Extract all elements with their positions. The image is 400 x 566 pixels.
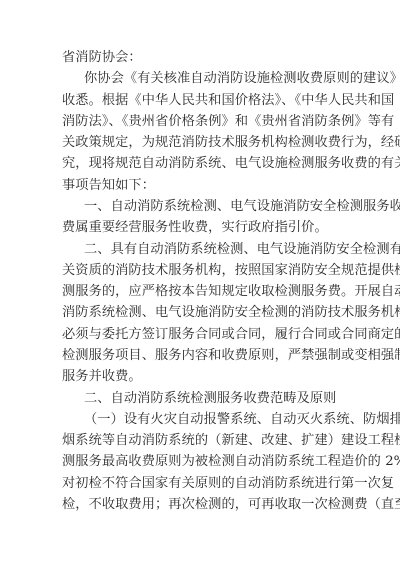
document-page: 省消防协会： 你协会《有关核准自动消防设施检测收费原则的建议》 收悉。根据《中华… bbox=[0, 0, 400, 566]
text-line: 消防系统检测、电气设施消防安全检测的消防技术服务机构， bbox=[62, 305, 342, 321]
section-2-heading: 二、具有自动消防系统检测、电气设施消防安全检测有 bbox=[84, 242, 342, 258]
text-line: 必须与委托方签订服务合同或合同，履行合同或合同商定的 bbox=[62, 327, 342, 343]
text-line: 烟系统等自动消防系统的（新建、改建、扩建）建设工程检 bbox=[62, 433, 342, 449]
text-line: 对初检不符合国家有关原则的自动消防系统进行第一次复 bbox=[62, 476, 342, 492]
salutation: 省消防协会： bbox=[62, 50, 342, 66]
section-3-heading: 二、自动消防系统检测服务收费范畴及原则 bbox=[84, 391, 342, 407]
text-line: 测服务的，应严格按本告知规定收取检测服务费。开展自动 bbox=[62, 284, 342, 300]
text-line: 你协会《有关核准自动消防设施检测收费原则的建议》 bbox=[84, 71, 342, 87]
text-line: 检测服务项目、服务内容和收费原则，严禁强制或变相强制 bbox=[62, 348, 342, 364]
text-line: 测服务最高收费原则为被检测自动消防系统工程造价的 2%； bbox=[62, 454, 342, 470]
text-line: 费属重要经营服务性收费，实行政府指引价。 bbox=[62, 220, 342, 236]
text-line: 事项告知如下： bbox=[62, 178, 342, 194]
text-line: 究，现将规范自动消防系统、电气设施检测服务收费的有关 bbox=[62, 156, 342, 172]
text-line: 检，不收取费用；再次检测的，可再收取一次检测费（直至 bbox=[62, 497, 342, 513]
subsection-1-heading: （一）设有火灾自动报警系统、自动灭火系统、防烟排 bbox=[84, 412, 342, 428]
section-1-heading: 一、自动消防系统检测、电气设施消防安全检测服务收 bbox=[84, 199, 342, 215]
text-line: 消防法》、《贵州省价格条例》和《贵州省消防条例》等有 bbox=[62, 114, 342, 130]
text-line: 关政策规定，为规范消防技术服务机构检测收费行为，经研 bbox=[62, 135, 342, 151]
text-line: 收悉。根据《中华人民共和国价格法》、《中华人民共和国 bbox=[62, 93, 342, 109]
text-line: 关资质的消防技术服务机构，按照国家消防安全规范提供检 bbox=[62, 263, 342, 279]
text-line: 服务并收费。 bbox=[62, 369, 342, 385]
